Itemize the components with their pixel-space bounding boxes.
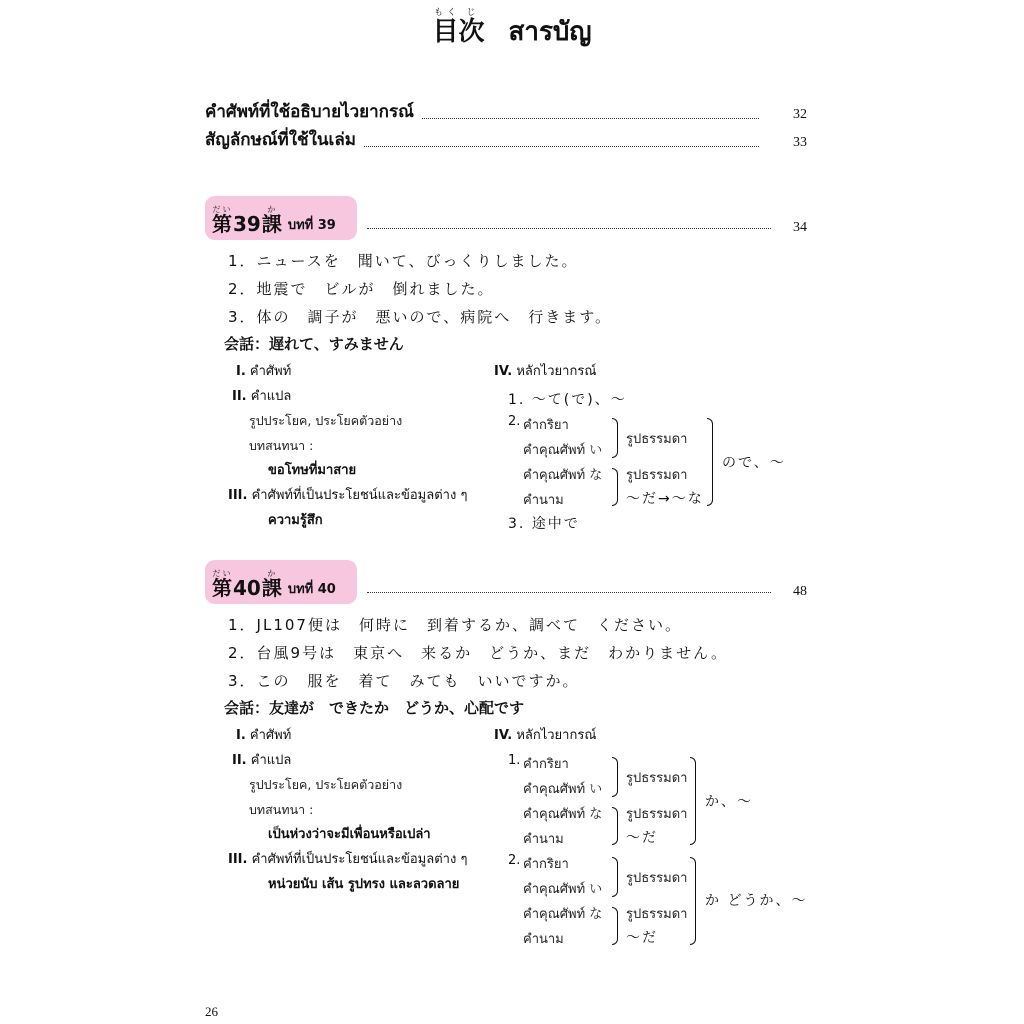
lesson-number: 39 [233,214,261,234]
translation-sub-conversation: บทสนทนา : [249,438,313,454]
grammar-row: คำกริยา [523,853,569,874]
grammar-form: รูปธรรมดา [626,803,687,824]
translation-sub-conversation: บทสนทนา : [249,802,313,818]
brace-icon [612,907,618,945]
grammar-row: คำคุณศัพท์ い [523,878,602,899]
brace-icon [707,418,713,506]
page-title: 目もく次じสารบัญ [0,8,1024,52]
section-grammar[interactable]: IV. หลักไวยากรณ์ [494,364,596,380]
grammar-row: คำนาม [523,828,564,849]
example-sentence: 2．台風9号は 東京へ 来るか どうか、まだ わかりません。 [228,644,728,662]
grammar-point-1: 1. ～て(で)、～ [508,389,627,409]
lesson-badge: 第だい 39 課か บทที่ 39 [205,196,357,240]
section-grammar[interactable]: IV. หลักไวยากรณ์ [494,728,596,744]
brace-icon [612,468,618,506]
toc-label: สัญลักษณ์ที่ใช้ในเล่ม [205,126,356,153]
ka-kanji: 課か [262,205,282,234]
example-sentence: 1．JL107便は 何時に 到着するか、調べて ください。 [228,616,682,634]
toc-entry-symbols[interactable]: สัญลักษณ์ที่ใช้ในเล่ม 33 [205,129,807,153]
grammar-row: คำคุณศัพท์ い [523,778,602,799]
dot-leader [422,117,759,119]
grammar-row: คำคุณศัพท์ な [523,464,602,485]
page-number: 26 [205,1004,218,1020]
brace-icon [690,757,696,845]
grammar-result: ので、～ [722,452,786,472]
lesson-page: 34 [793,220,807,236]
section-useful-words[interactable]: III. คำศัพท์ที่เป็นประโยชน์และข้อมูลต่าง… [228,488,467,504]
toc-label: คำศัพท์ที่ใช้อธิบายไวยากรณ์ [205,98,414,125]
lesson-thai-label: บทที่ 40 [288,582,336,598]
grammar-point-3: 3. 途中で [508,513,580,533]
kaiwa-text: 友達が できたか どうか、心配です [269,699,524,717]
dot-leader [367,592,771,593]
grammar-point-1-num: 1. [508,753,520,768]
toc-page: 32 [777,107,807,123]
ka-kanji: 課か [262,569,282,598]
section-translation[interactable]: II. คำแปล [232,389,291,405]
kaiwa-label: 会話： [224,699,269,717]
grammar-row: คำนาม [523,489,564,510]
section-vocabulary[interactable]: I. คำศัพท์ [236,728,291,744]
conversation-title: 会話：遅れて、すみません [224,335,404,353]
lesson-number: 40 [233,578,261,598]
brace-icon [612,807,618,845]
brace-icon [612,418,618,458]
toc-page: 33 [777,135,807,151]
lesson-page: 48 [793,584,807,600]
example-sentence: 3．体の 調子が 悪いので、病院へ 行きます。 [228,308,612,326]
section-translation[interactable]: II. คำแปล [232,753,291,769]
grammar-form: ～だ [626,827,658,847]
lesson-thai-label: บทที่ 39 [288,218,336,234]
example-sentence: 2．地震で ビルが 倒れました。 [228,280,495,298]
dot-leader [367,228,771,229]
title-kanji-2: 次じ [458,17,484,47]
grammar-row: คำคุณศัพท์ な [523,803,602,824]
grammar-result: か どうか、～ [705,890,807,910]
grammar-form: รูปธรรมดา [626,867,687,888]
grammar-form: รูปธรรมดา [626,464,687,485]
lesson-badge: 第だい 40 課か บทที่ 40 [205,560,357,604]
dai-kanji: 第だい [212,205,232,234]
title-kanji-1: 目もく [432,17,458,47]
grammar-result: か、～ [705,791,753,811]
section-useful-words[interactable]: III. คำศัพท์ที่เป็นประโยชน์และข้อมูลต่าง… [228,852,467,868]
useful-words-topic: ความรู้สึก [268,513,323,529]
grammar-form: รูปธรรมดา [626,903,687,924]
kaiwa-label: 会話： [224,335,269,353]
grammar-row: คำกริยา [523,414,569,435]
conversation-title: 会話：友達が できたか どうか、心配です [224,699,524,717]
grammar-form: ～だ→～な [626,488,704,508]
kaiwa-text: 遅れて、すみません [269,335,404,353]
grammar-form: รูปธรรมดา [626,428,687,449]
toc-entry-grammar-terms[interactable]: คำศัพท์ที่ใช้อธิบายไวยากรณ์ 32 [205,101,807,125]
conversation-thai-title: เป็นห่วงว่าจะมีเพื่อนหรือเปล่า [268,827,431,843]
example-sentence: 1．ニュースを 聞いて、びっくりしました。 [228,252,579,270]
brace-icon [690,857,696,945]
dai-kanji: 第だい [212,569,232,598]
lesson-39-header[interactable]: 第だい 39 課か บทที่ 39 34 [205,196,807,242]
example-sentence: 3．この 服を 着て みても いいですか。 [228,672,580,690]
grammar-row: คำคุณศัพท์ な [523,903,602,924]
grammar-form: ～だ [626,927,658,947]
brace-icon [612,857,618,897]
lesson-40-header[interactable]: 第だい 40 課か บทที่ 40 48 [205,560,807,606]
useful-words-topic: หน่วยนับ เส้น รูปทรง และลวดลาย [268,877,459,893]
brace-icon [612,757,618,797]
conversation-thai-title: ขอโทษที่มาสาย [268,463,356,479]
translation-sub-patterns: รูปประโยค, ประโยคตัวอย่าง [249,777,402,793]
grammar-row: คำนาม [523,928,564,949]
translation-sub-patterns: รูปประโยค, ประโยคตัวอย่าง [249,413,402,429]
grammar-row: คำกริยา [523,753,569,774]
grammar-row: คำคุณศัพท์ い [523,439,602,460]
grammar-form: รูปธรรมดา [626,767,687,788]
section-vocabulary[interactable]: I. คำศัพท์ [236,364,291,380]
title-thai: สารบัญ [508,17,591,47]
grammar-point-2-num: 2. [508,853,520,868]
dot-leader [364,145,759,147]
grammar-point-2-num: 2. [508,414,520,429]
